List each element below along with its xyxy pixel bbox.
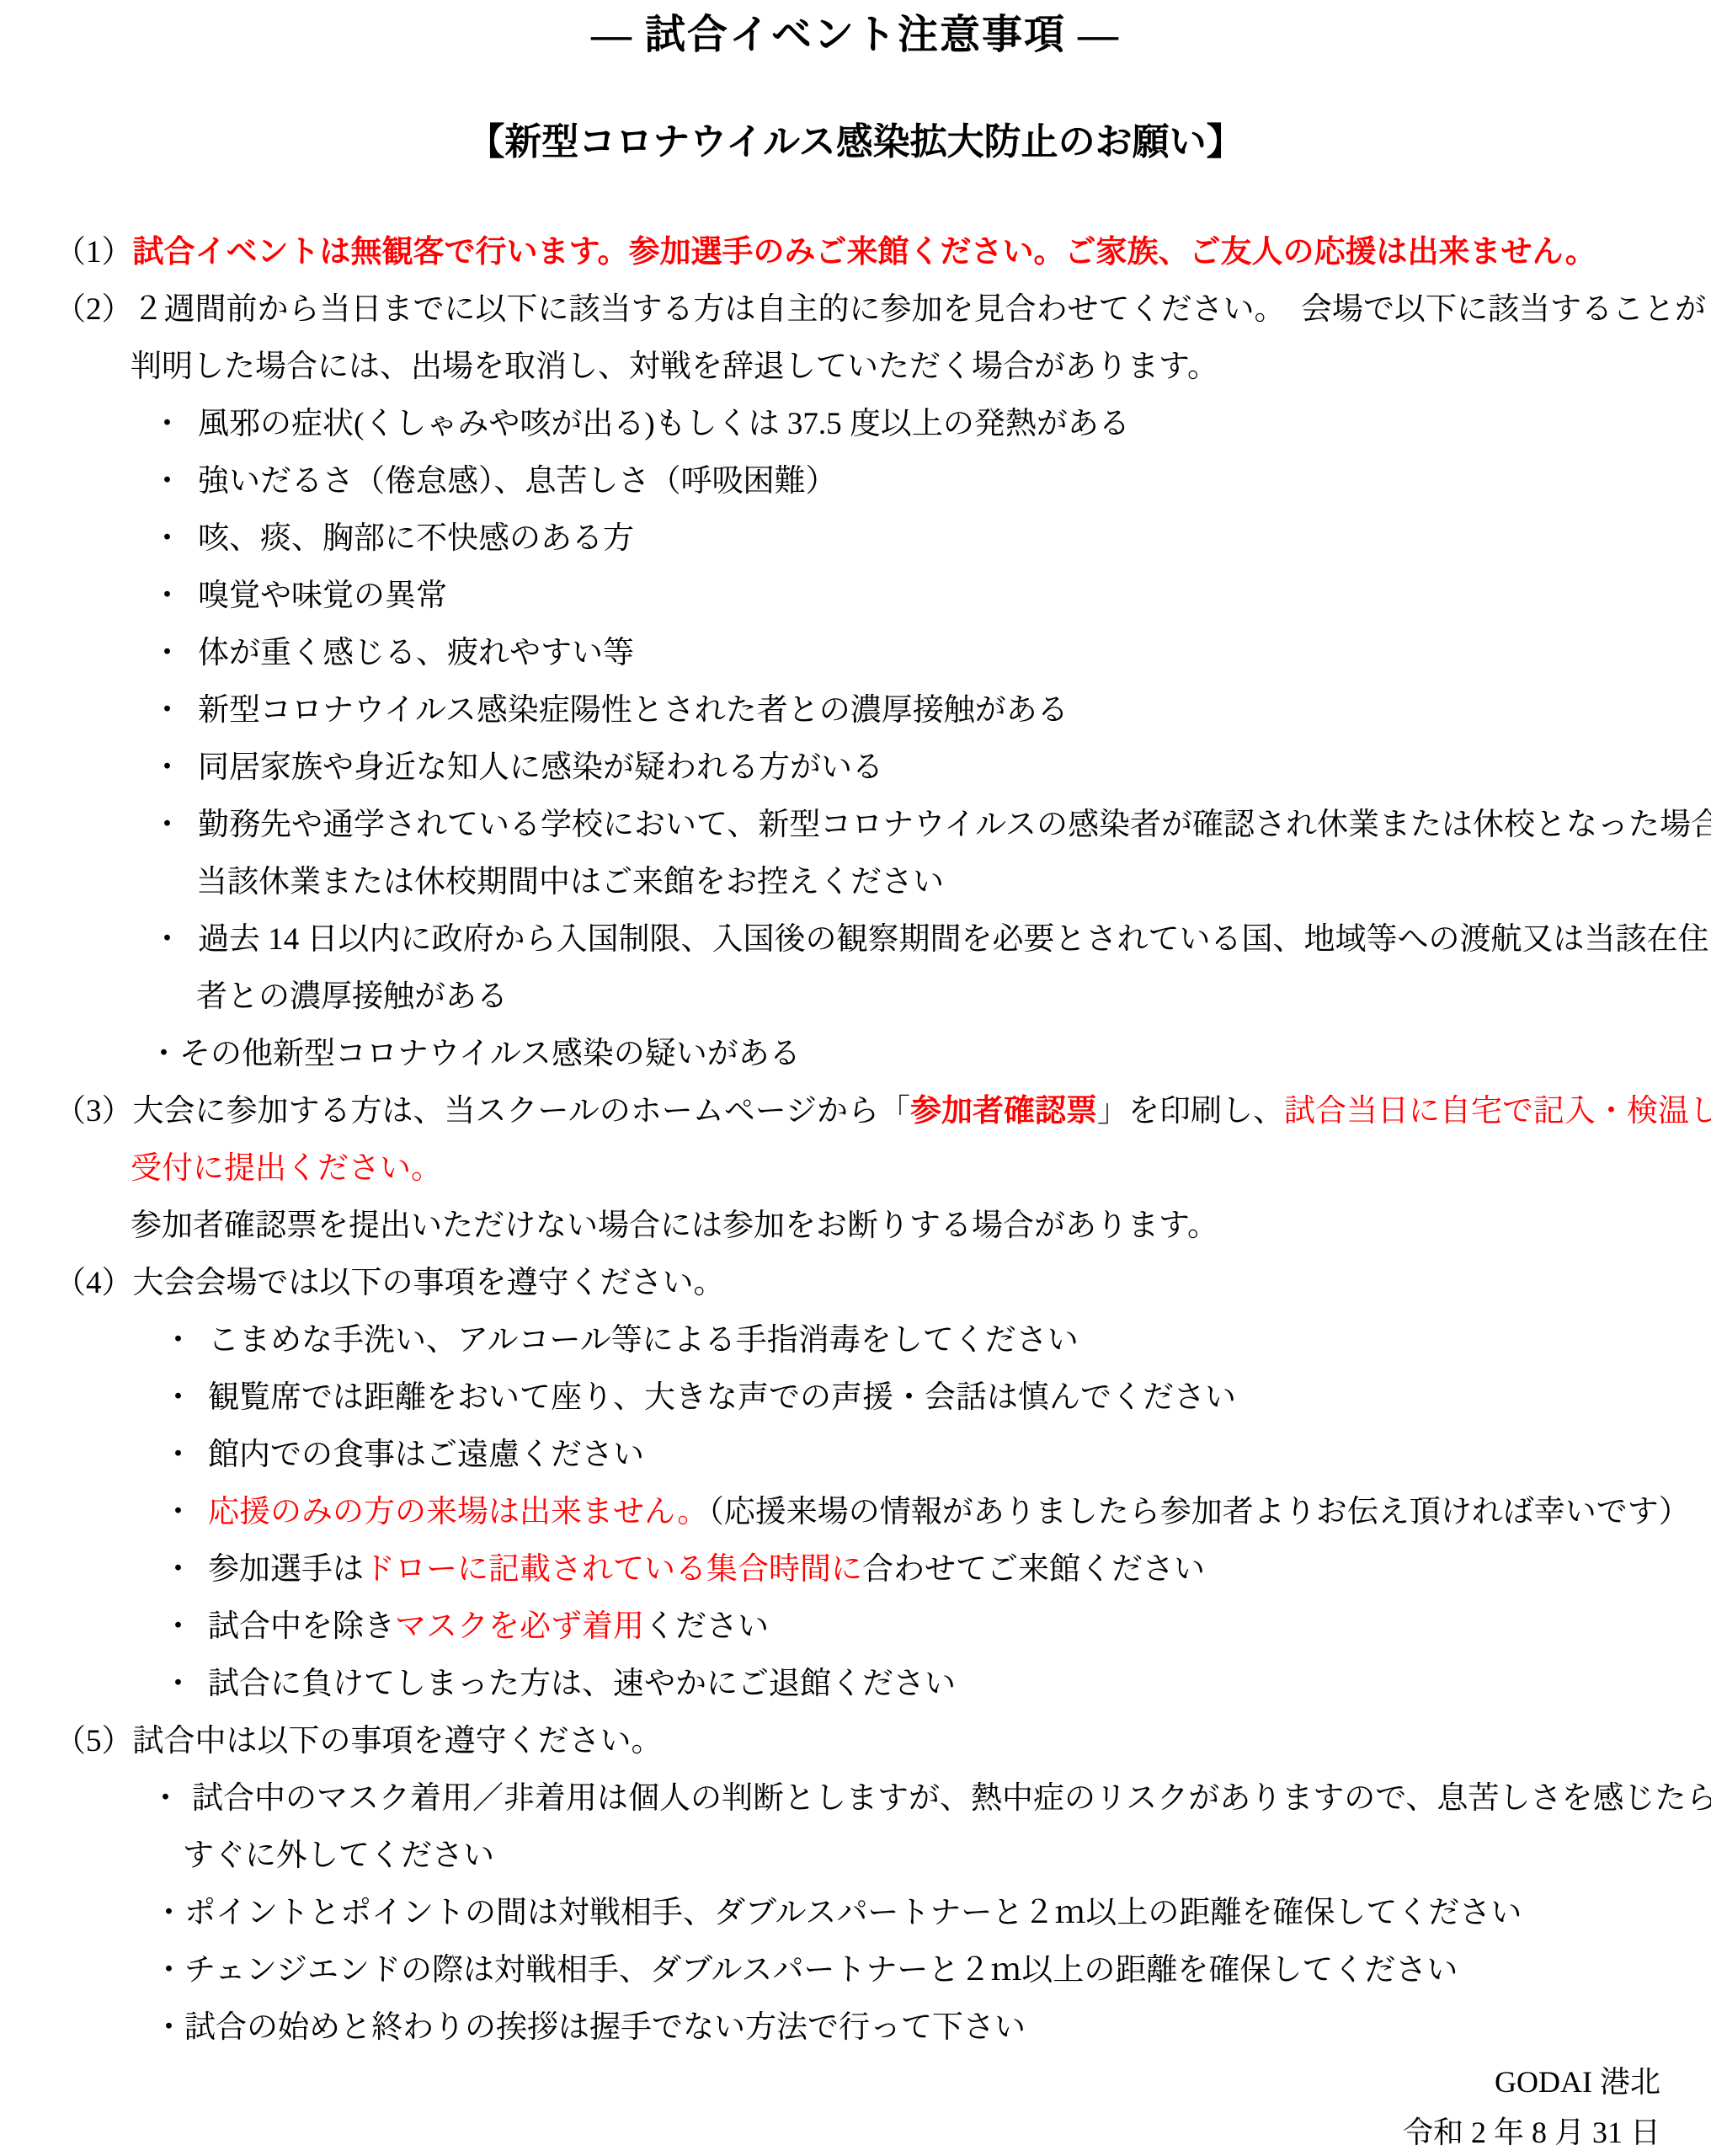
section-1-text: 試合イベントは無観客で行います。参加選手のみご来館ください。ご家族、ご友人の応援… — [133, 235, 1596, 269]
list-item: ・嗅覚や味覚の異常 — [0, 568, 1711, 625]
list-item-continuation: すぐに外してください — [0, 1828, 1711, 1885]
list-item-text: 嗅覚や味覚の異常 — [198, 579, 447, 613]
list-item: ・咳、痰、胸部に不快感のある方 — [0, 510, 1711, 568]
bullet-icon: ・ — [163, 1598, 208, 1656]
list-item: ・応援のみの方の来場は出来ません。（応援来場の情報がありましたら参加者よりお伝え… — [0, 1484, 1711, 1541]
section-3-red-continuation: 受付に提出ください。 — [0, 1140, 1711, 1198]
section-3-text-mid: 」を印刷し、 — [1097, 1094, 1284, 1129]
bullet-icon: ・ — [163, 1484, 208, 1541]
section-4-number: （4） — [55, 1255, 133, 1312]
list-item-text: 勤務先や通学されている学校において、新型コロナウイルスの感染者が確認され休業また… — [198, 808, 1711, 842]
list-item: ・同居家族や身近な知人に感染が疑われる方がいる — [0, 739, 1711, 797]
section-5: （5）試合中は以下の事項を遵守ください。 — [0, 1713, 1711, 1770]
bullet-icon: ・ — [148, 1037, 179, 1071]
bullet-icon: ・ — [152, 739, 198, 797]
bullet-icon: ・ — [163, 1369, 208, 1427]
section-3-red-text: 試合当日に自宅で記入・検温し — [1284, 1094, 1711, 1129]
list-item-text: チェンジエンドの際は対戦相手、ダブルスパートナーと２ｍ以上の距離を確保してくださ… — [184, 1953, 1458, 1988]
list-item-text: 館内での食事はご遠慮ください — [208, 1438, 644, 1472]
document-title: ― 試合イベント注意事項 ― — [0, 0, 1711, 62]
section-3-note: 参加者確認票を提出いただけない場合には参加をお断りする場合があります。 — [0, 1198, 1711, 1255]
list-item: ・チェンジエンドの際は対戦相手、ダブルスパートナーと２ｍ以上の距離を確保してくだ… — [0, 1942, 1711, 1999]
bullet-icon: ・ — [163, 1656, 208, 1713]
list-item: ・強いだるさ（倦怠感）、息苦しさ（呼吸困難） — [0, 453, 1711, 510]
bullet-icon: ・ — [152, 453, 198, 510]
list-item-red-text: マスクを必ず着用 — [395, 1609, 644, 1644]
section-3-number: （3） — [55, 1083, 133, 1140]
list-item: ・試合中を除きマスクを必ず着用ください — [0, 1598, 1711, 1656]
section-2-number: （2） — [55, 281, 133, 339]
list-item-text: ください — [644, 1609, 769, 1644]
bullet-icon: ・ — [152, 682, 198, 739]
section-1-number: （1） — [55, 224, 133, 281]
list-item-text: 試合に負けてしまった方は、速やかにご退館ください — [208, 1667, 956, 1701]
list-item-text: 強いだるさ（倦怠感）、息苦しさ（呼吸困難） — [198, 464, 837, 499]
list-item-text: こまめな手洗い、アルコール等による手指消毒をしてください — [208, 1323, 1079, 1358]
bullet-icon: ・ — [152, 510, 198, 568]
bullet-icon: ・ — [152, 396, 198, 453]
section-5-heading: 試合中は以下の事項を遵守ください。 — [133, 1724, 663, 1758]
bullet-icon: ・ — [153, 2010, 184, 2045]
list-item-text: 体が重く感じる、疲れやすい等 — [198, 636, 634, 670]
list-item: ・風邪の症状(くしゃみや咳が出る)もしくは 37.5 度以上の発熱がある — [0, 396, 1711, 453]
list-item: ・館内での食事はご遠慮ください — [0, 1427, 1711, 1484]
list-item-text: 試合の始めと終わりの挨拶は握手でない方法で行って下さい — [184, 2010, 1026, 2045]
list-item-red-text: ドローに記載されている集合時間に — [364, 1552, 862, 1587]
list-item: ・試合に負けてしまった方は、速やかにご退館ください — [0, 1656, 1711, 1713]
section-4: （4）大会会場では以下の事項を遵守ください。 — [0, 1255, 1711, 1312]
bullet-icon: ・ — [152, 625, 198, 682]
list-item-text: 試合中を除き — [208, 1609, 395, 1644]
document-body: （1）試合イベントは無観客で行います。参加選手のみご来館ください。ご家族、ご友人… — [0, 224, 1711, 2156]
list-item: ・体が重く感じる、疲れやすい等 — [0, 625, 1711, 682]
list-item: ・その他新型コロナウイルス感染の疑いがある — [0, 1026, 1711, 1083]
notice-document: ― 試合イベント注意事項 ― 【新型コロナウイルス感染拡大防止のお願い】 （1）… — [0, 0, 1711, 2156]
bullet-icon: ・ — [152, 568, 198, 625]
section-2-text-line2: 判明した場合には、出場を取消し、対戦を辞退していただく場合があります。 — [0, 339, 1711, 396]
bullet-icon: ・ — [152, 797, 198, 854]
list-item-text: 試合中のマスク着用／非着用は個人の判断としますが、熱中症のリスクがありますので、… — [192, 1781, 1711, 1816]
bullet-icon: ・ — [163, 1427, 208, 1484]
bullet-icon: ・ — [163, 1541, 208, 1598]
list-item-text: 過去 14 日以内に政府から入国制限、入国後の観察期間を必要とされている国、地域… — [198, 922, 1709, 957]
list-item-text: 参加選手は — [208, 1552, 364, 1587]
participant-form-name: 参加者確認票 — [910, 1094, 1097, 1129]
list-item-continuation: 者との濃厚接触がある — [0, 969, 1711, 1026]
list-item-text: 合わせてご来館ください — [862, 1552, 1205, 1587]
list-item-text: ポイントとポイントの間は対戦相手、ダブルスパートナーと２ｍ以上の距離を確保してく… — [184, 1896, 1522, 1930]
list-item-text: 観覧席では距離をおいて座り、大きな声での声援・会話は慎んでください — [208, 1380, 1236, 1415]
section-3-text-pre: 大会に参加する方は、当スクールのホームページから「 — [133, 1094, 911, 1129]
list-item-text: 同居家族や身近な知人に感染が疑われる方がいる — [198, 750, 883, 785]
section-2-text-line1: ２週間前から当日までに以下に該当する方は自主的に参加を見合わせてください。 会場… — [133, 292, 1707, 327]
section-4-heading: 大会会場では以下の事項を遵守ください。 — [133, 1266, 725, 1300]
document-subtitle: 【新型コロナウイルス感染拡大防止のお願い】 — [0, 116, 1711, 168]
bullet-icon: ・ — [150, 1770, 192, 1828]
section-2: （2）２週間前から当日までに以下に該当する方は自主的に参加を見合わせてください。… — [0, 281, 1711, 339]
list-item: ・試合中のマスク着用／非着用は個人の判断としますが、熱中症のリスクがありますので… — [0, 1770, 1711, 1828]
section-3: （3）大会に参加する方は、当スクールのホームページから「参加者確認票」を印刷し、… — [0, 1083, 1711, 1140]
list-item-text: 咳、痰、胸部に不快感のある方 — [198, 521, 634, 556]
list-item-text: 風邪の症状(くしゃみや咳が出る)もしくは 37.5 度以上の発熱がある — [198, 407, 1130, 441]
bullet-icon: ・ — [152, 911, 198, 969]
list-item: ・参加選手はドローに記載されている集合時間に合わせてご来館ください — [0, 1541, 1711, 1598]
list-item-red-text: 応援のみの方の来場は出来ません。 — [208, 1495, 708, 1529]
list-item: ・ポイントとポイントの間は対戦相手、ダブルスパートナーと２ｍ以上の距離を確保して… — [0, 1885, 1711, 1942]
list-item: ・勤務先や通学されている学校において、新型コロナウイルスの感染者が確認され休業ま… — [0, 797, 1711, 854]
list-item-text: 新型コロナウイルス感染症陽性とされた者との濃厚接触がある — [198, 693, 1069, 728]
list-item: ・観覧席では距離をおいて座り、大きな声での声援・会話は慎んでください — [0, 1369, 1711, 1427]
list-item-text: その他新型コロナウイルス感染の疑いがある — [179, 1037, 801, 1071]
bullet-icon: ・ — [153, 1953, 184, 1988]
bullet-icon: ・ — [153, 1896, 184, 1930]
footer-date: 令和 2 年 8 月 31 日 — [0, 2107, 1711, 2156]
list-item: ・新型コロナウイルス感染症陽性とされた者との濃厚接触がある — [0, 682, 1711, 739]
list-item-text: （応援来場の情報がありましたら参加者よりお伝え頂ければ幸いです） — [708, 1495, 1690, 1529]
section-5-number: （5） — [55, 1713, 133, 1770]
list-item-continuation: 当該休業または休校期間中はご来館をお控えください — [0, 854, 1711, 911]
footer-organization: GODAI 港北 — [0, 2057, 1711, 2107]
list-item: ・試合の始めと終わりの挨拶は握手でない方法で行って下さい — [0, 1999, 1711, 2057]
bullet-icon: ・ — [163, 1312, 208, 1369]
list-item: ・こまめな手洗い、アルコール等による手指消毒をしてください — [0, 1312, 1711, 1369]
section-1: （1）試合イベントは無観客で行います。参加選手のみご来館ください。ご家族、ご友人… — [0, 224, 1711, 281]
list-item: ・過去 14 日以内に政府から入国制限、入国後の観察期間を必要とされている国、地… — [0, 911, 1711, 969]
